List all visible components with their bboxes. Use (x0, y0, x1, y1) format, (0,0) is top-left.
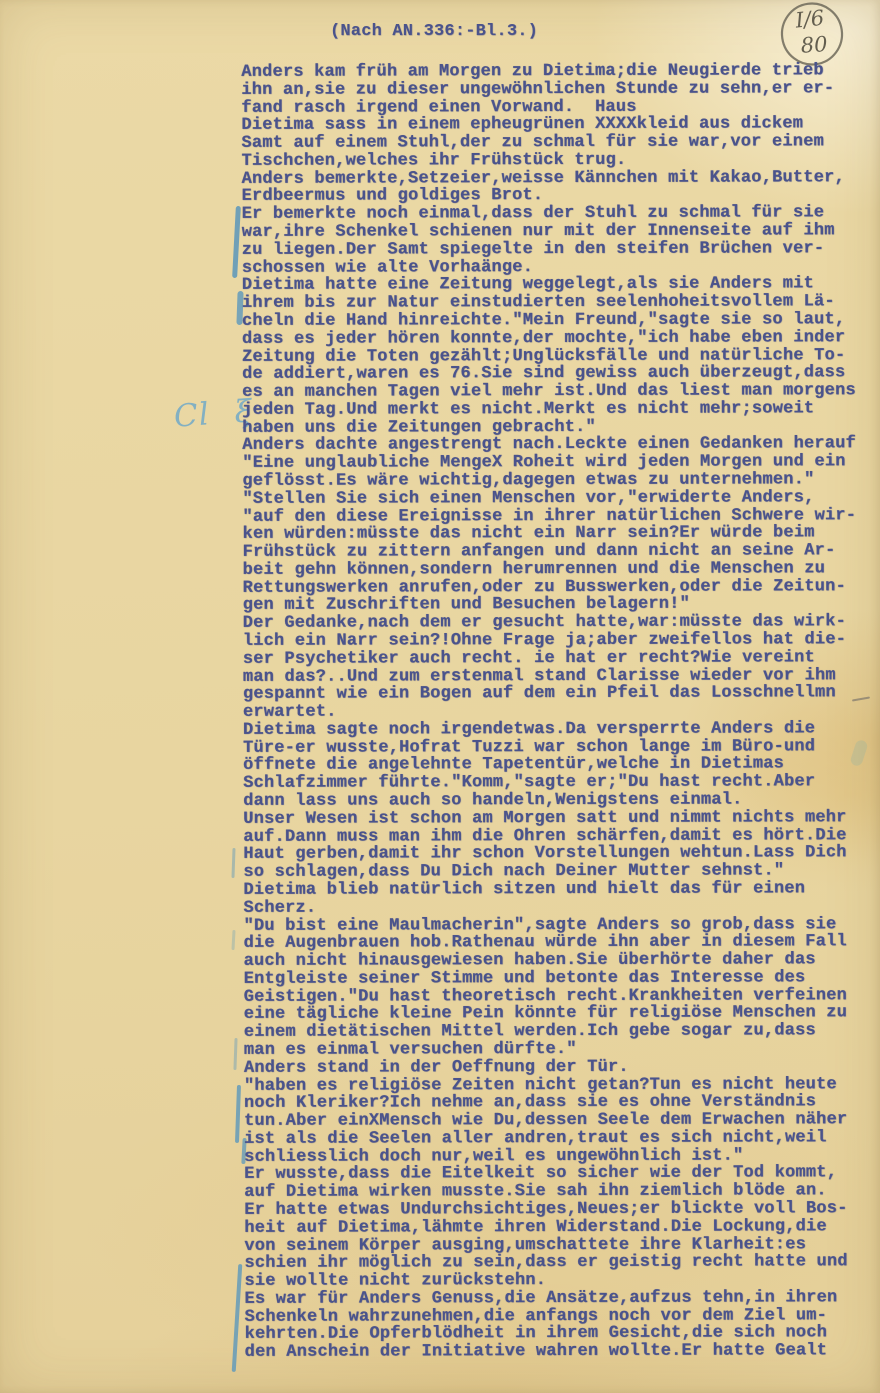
text-line: den Anschein der Initiative wahren wollt… (245, 1342, 875, 1361)
blue-pencil-mark (231, 848, 235, 878)
blue-pencil-mark (233, 1038, 237, 1070)
blue-pencil-mark (232, 1264, 243, 1372)
blue-pencil-mark (232, 206, 241, 278)
text-line: jeden Tag.Und merkt es nicht.Merkt es ni… (242, 400, 872, 419)
blue-pencil-mark (235, 1085, 241, 1143)
stamp-top-label: I/6 (793, 6, 825, 33)
text-line: ist als die Seelen aller andren,traut es… (244, 1129, 874, 1148)
blue-pencil-mark (231, 930, 235, 950)
typewritten-text: Anders kam früh am Morgen zu Dietima;die… (241, 62, 874, 1362)
stamp-bottom-label: 80 (800, 32, 828, 58)
text-line: ihn an,sie zu dieser ungewöhnlichen Stun… (241, 80, 871, 99)
text-line: zu liegen.Der Samt spiegelte in den stei… (242, 240, 872, 259)
archive-reference-note: (Nach AN.336:-Bl.3.) (330, 22, 538, 41)
text-line: schien ihr möglich zu sein,dass er geist… (244, 1254, 874, 1273)
text-line: Scherz. (243, 898, 873, 917)
text-line: man es einmal versuchen dürfte." (244, 1040, 874, 1059)
text-line: Samt auf einem Stuhl,der zu schmal für s… (241, 133, 871, 152)
text-line: Dietima blieb natürlich sitzen und hielt… (243, 880, 873, 899)
text-line: einem dietätischen Mittel werden.Ich geb… (244, 1022, 874, 1041)
text-line: Schlafzimmer führte."Komm,"sagte er;"Du … (243, 773, 873, 792)
text-line: Anders bemerkte,Setzeier,weisse Kännchen… (242, 169, 872, 188)
text-line: gespannt wie ein Bogen auf dem ein Pfeil… (243, 685, 873, 704)
text-line: dass es jeder hören konnte,der mochte,"i… (242, 329, 872, 348)
manuscript-page: (Nach AN.336:-Bl.3.) I/6 80 Cl ξ Anders … (0, 0, 880, 1393)
